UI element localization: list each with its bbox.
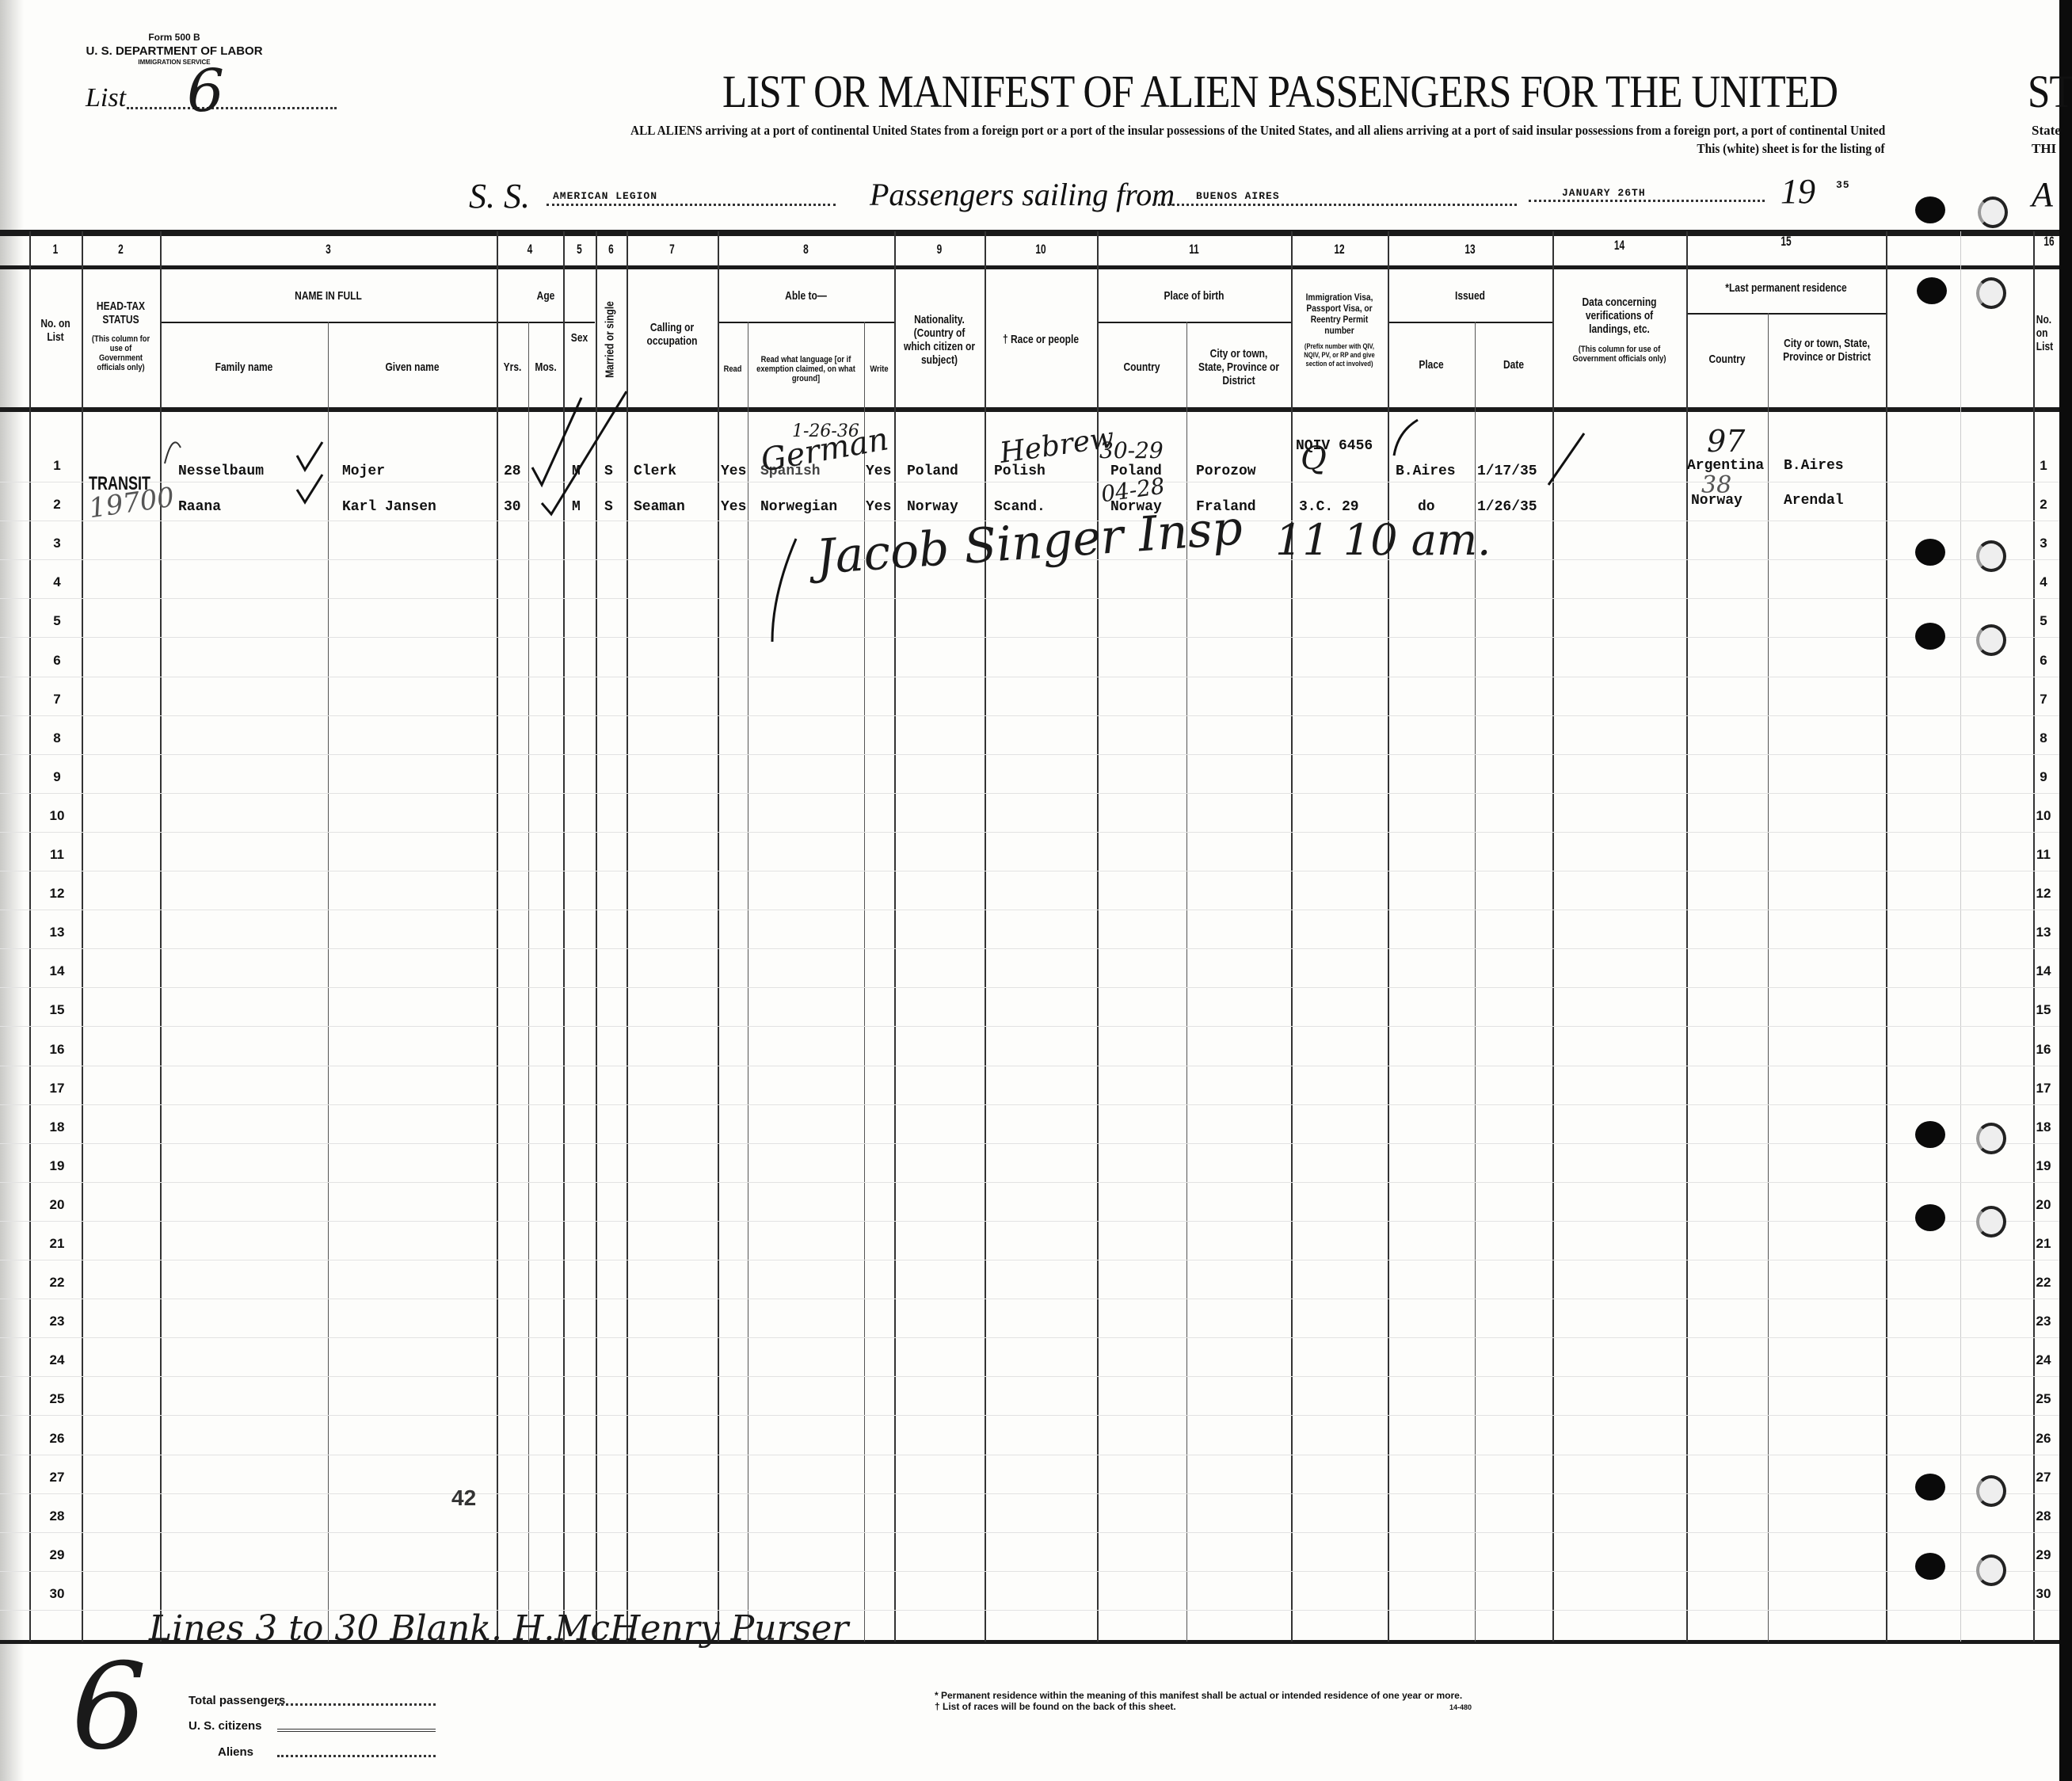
us-citizens-line <box>277 1729 436 1732</box>
aliens-label: Aliens <box>218 1745 253 1759</box>
punch-hole-solid <box>1915 539 1945 566</box>
punch-hole-ring <box>1976 1206 2006 1238</box>
punch-hole-ring <box>1976 1123 2006 1154</box>
footnote-races: † List of races will be found on the bac… <box>935 1701 1176 1712</box>
punch-hole-ring <box>1976 540 2006 572</box>
checkmark-overlay <box>0 0 2072 1781</box>
punch-hole-ring <box>1976 624 2006 656</box>
punch-hole-solid <box>1915 1553 1945 1580</box>
punch-hole-solid <box>1915 1474 1945 1501</box>
aliens-line <box>277 1755 436 1757</box>
footnote-code: 14-480 <box>1449 1703 1472 1711</box>
us-citizens-label: U. S. citizens <box>189 1719 262 1733</box>
punch-hole-ring <box>1976 1554 2006 1586</box>
punch-hole-ring <box>1976 1475 2006 1507</box>
footnote-residence: * Permanent residence within the meaning… <box>935 1690 1462 1701</box>
total-passengers-line <box>277 1703 436 1706</box>
punch-hole-solid <box>1915 1121 1945 1148</box>
total-passengers-label: Total passengers <box>189 1694 285 1707</box>
punch-hole-solid <box>1915 623 1945 650</box>
punch-hole-solid <box>1915 1204 1945 1231</box>
